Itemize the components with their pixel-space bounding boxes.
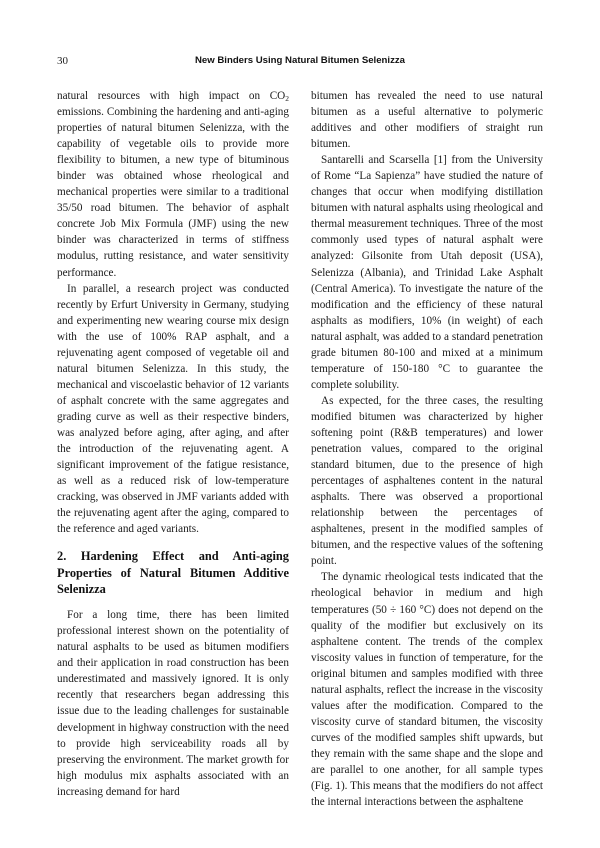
- running-title: New Binders Using Natural Bitumen Seleni…: [57, 55, 543, 66]
- paragraph-text: emissions. Combining the hardening and a…: [57, 106, 289, 278]
- running-header: 30 New Binders Using Natural Bitumen Sel…: [57, 55, 543, 71]
- document-page: 30 New Binders Using Natural Bitumen Sel…: [0, 0, 600, 848]
- paragraph: natural resources with high impact on CO…: [57, 88, 289, 281]
- subscript: 2: [285, 94, 289, 103]
- left-column: natural resources with high impact on CO…: [57, 88, 289, 800]
- paragraph: For a long time, there has been limited …: [57, 607, 289, 800]
- paragraph: As expected, for the three cases, the re…: [311, 393, 543, 570]
- paragraph-text: natural resources with high impact on CO: [57, 90, 285, 102]
- paragraph: bitumen has revealed the need to use nat…: [311, 88, 543, 152]
- section-heading: 2. Hardening Effect and Anti-aging Prope…: [57, 548, 289, 597]
- paragraph: Santarelli and Scarsella [1] from the Un…: [311, 152, 543, 393]
- right-column: bitumen has revealed the need to use nat…: [311, 88, 543, 810]
- paragraph: The dynamic rheological tests indicated …: [311, 569, 543, 810]
- paragraph: In parallel, a research project was cond…: [57, 281, 289, 538]
